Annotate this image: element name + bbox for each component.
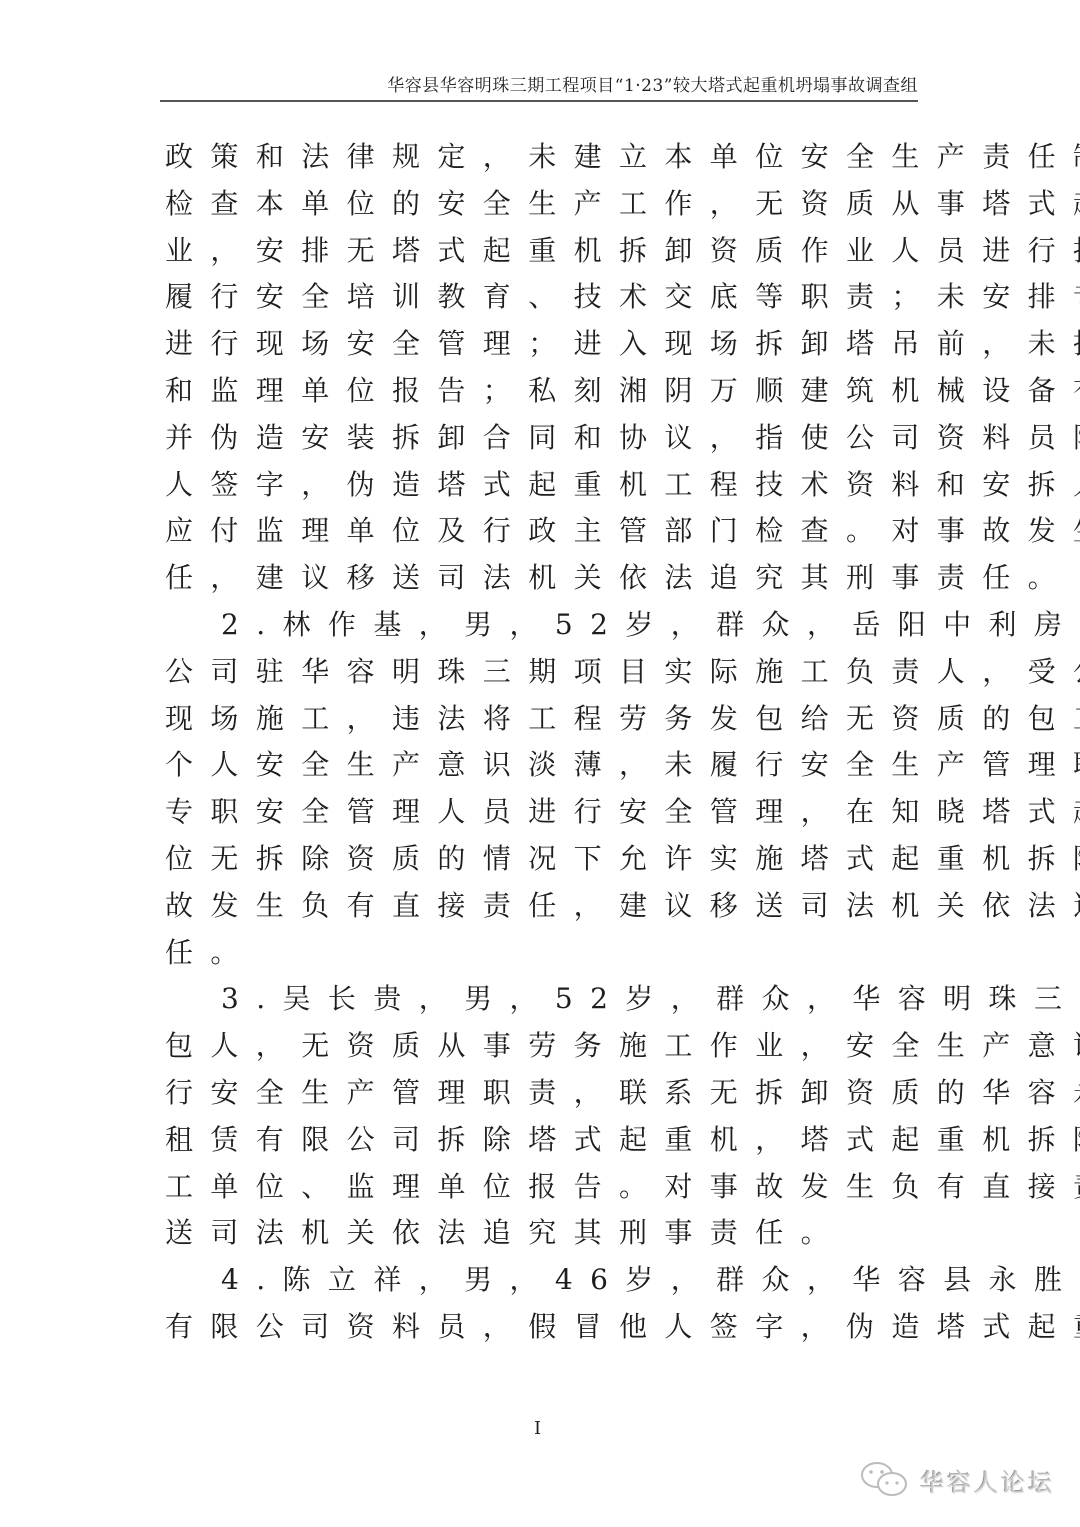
text-line: 业，安排无塔式起重机拆卸资质作业人员进行拆卸作业，不 xyxy=(165,228,921,275)
text-line: 有限公司资料员，假冒他人签字，伪造塔式起重机工程技术 xyxy=(165,1304,921,1351)
text-line: 4.陈立祥，男，46岁，群众，华容县永胜建筑机械租赁 xyxy=(165,1257,921,1304)
text-line: 工单位、监理单位报告。对事故发生负有直接责任，建议移 xyxy=(165,1164,921,1211)
page-number: I xyxy=(534,1418,541,1439)
watermark: 华容人论坛 xyxy=(860,1460,1055,1500)
text-line: 和监理单位报告；私刻湘阴万顺建筑机械设备有限公司公章 xyxy=(165,368,921,415)
text-line: 任，建议移送司法机关依法追究其刑事责任。 xyxy=(165,555,921,602)
text-line: 现场施工，违法将工程劳务发包给无资质的包工头吴长贵， xyxy=(165,696,921,743)
text-line: 并伪造安装拆卸合同和协议，指使公司资料员陈立辉假冒他 xyxy=(165,415,921,462)
text-line: 2.林作基，男，52岁，群众，岳阳中利房地产开发有限 xyxy=(165,602,921,649)
text-line: 包人，无资质从事劳务施工作业，安全生产意识淡薄，未履 xyxy=(165,1023,921,1070)
text-line: 人签字，伪造塔式起重机工程技术资料和安拆人员资料，以 xyxy=(165,462,921,509)
header-title: 华容县华容明珠三期工程项目“1·23”较大塔式起重机坍塌事故调查组 xyxy=(387,76,918,96)
text-line: 专职安全管理人员进行安全管理，在知晓塔式起重机租赁单 xyxy=(165,789,921,836)
text-line: 任。 xyxy=(165,930,921,977)
text-line: 个人安全生产意识淡薄，未履行安全生产管理职责，未安排 xyxy=(165,742,921,789)
text-line: 检查本单位的安全生产工作，无资质从事塔式起重机拆除作 xyxy=(165,181,921,228)
wechat-icon xyxy=(860,1460,910,1500)
document-header: 华容县华容明珠三期工程项目“1·23”较大塔式起重机坍塌事故调查组 xyxy=(160,74,918,102)
text-line: 故发生负有直接责任，建议移送司法机关依法追究其刑事责 xyxy=(165,883,921,930)
document-body: 政策和法律规定，未建立本单位安全生产责任制；未督促、检查本单位的安全生产工作，无… xyxy=(165,134,921,1351)
text-line: 行安全生产管理职责，联系无拆卸资质的华容永胜建筑机械 xyxy=(165,1070,921,1117)
text-line: 送司法机关依法追究其刑事责任。 xyxy=(165,1210,921,1257)
text-line: 公司驻华容明珠三期项目实际施工负责人，受公司指定负责 xyxy=(165,649,921,696)
text-line: 应付监理单位及行政主管部门检查。对事故发生负有直接责 xyxy=(165,508,921,555)
text-line: 3.吴长贵，男，52岁，群众，华容明珠三期项目劳务承 xyxy=(165,976,921,1023)
text-line: 位无拆除资质的情况下允许实施塔式起重机拆除作业。对事 xyxy=(165,836,921,883)
text-line: 履行安全培训教育、技术交底等职责；未安排专职安全人员 xyxy=(165,274,921,321)
watermark-text: 华容人论坛 xyxy=(920,1463,1055,1498)
text-line: 租赁有限公司拆除塔式起重机，塔式起重机拆除前，未向施 xyxy=(165,1117,921,1164)
text-line: 政策和法律规定，未建立本单位安全生产责任制；未督促、 xyxy=(165,134,921,181)
text-line: 进行现场安全管理；进入现场拆卸塔吊前，未按规定向施工 xyxy=(165,321,921,368)
